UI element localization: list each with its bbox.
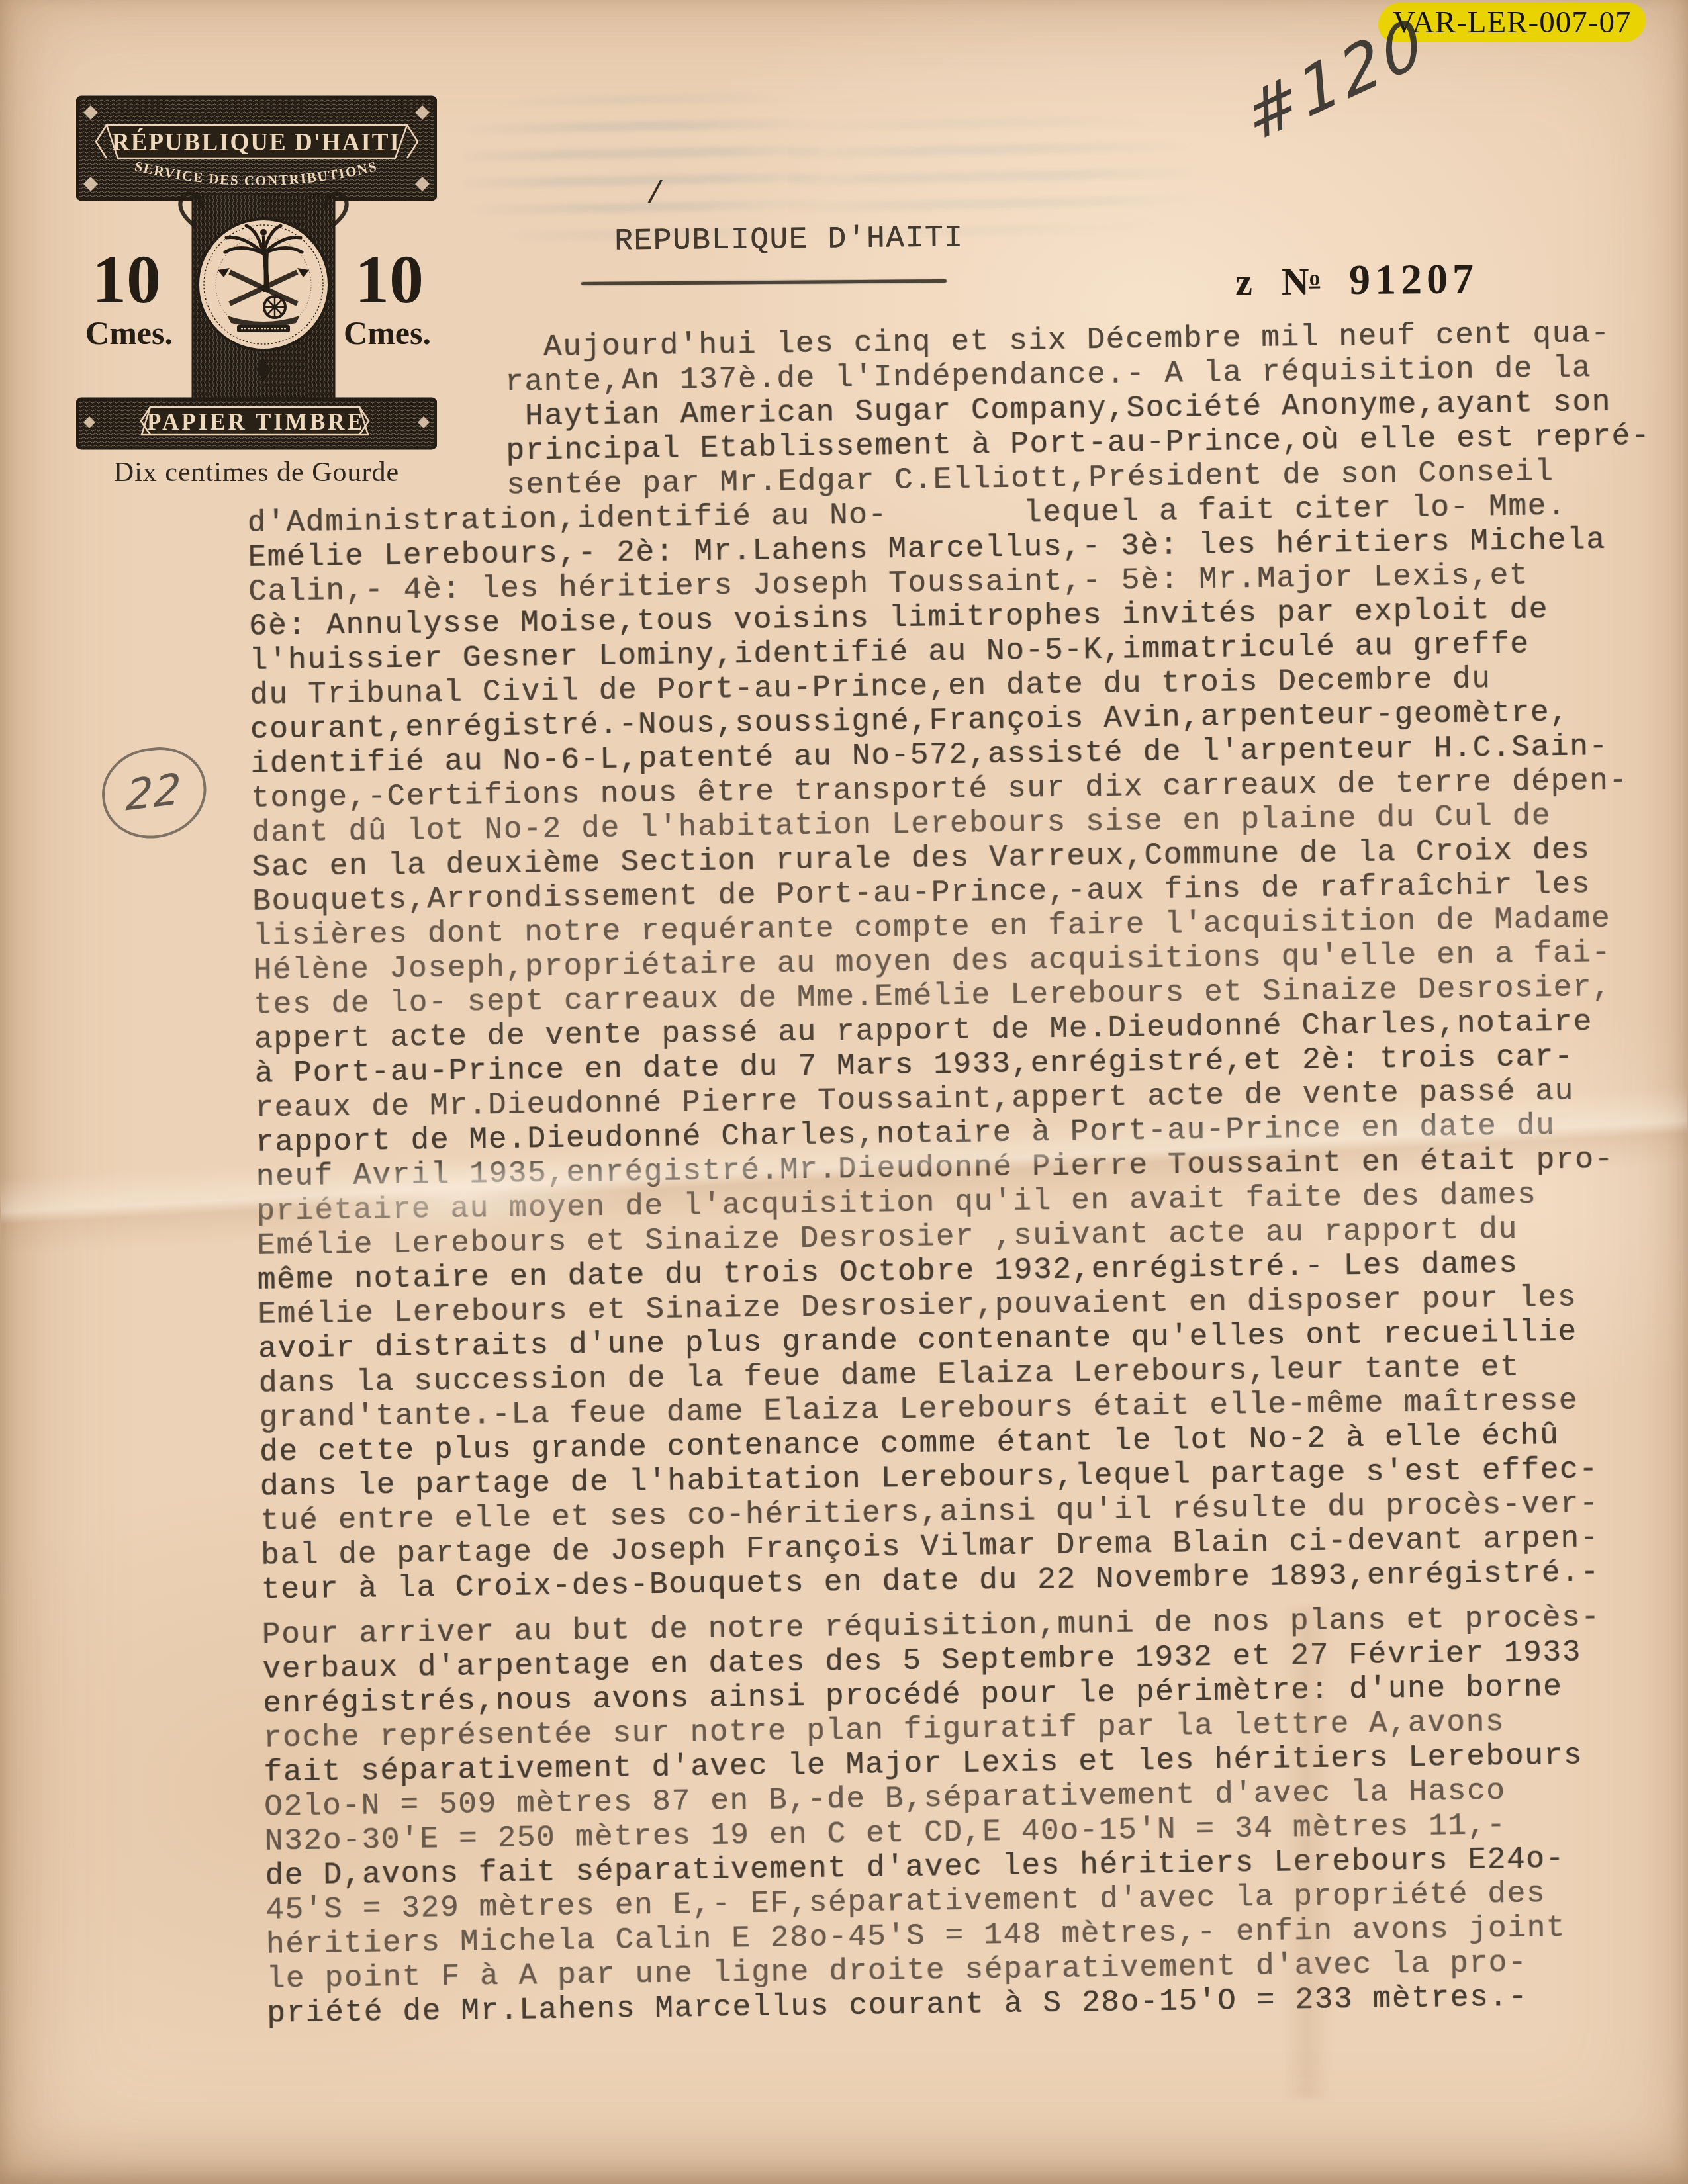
scanned-document-page: VAR-LER-007-07 #120 RÉPUBLIQUE D'HAITI (0, 0, 1688, 2184)
pencil-number-label: 22 (125, 764, 184, 821)
stamp-country-name: RÉPUBLIQUE D'HAITI (112, 128, 400, 156)
document-body-text: Aujourd'hui les cinq et six Décembre mil… (245, 316, 1688, 2031)
stray-typed-mark: / (646, 177, 665, 212)
handwritten-number: #120 (1239, 2, 1434, 158)
archive-reference-label: VAR-LER-007-07 (1393, 5, 1631, 40)
serial-number-value: 91207 (1349, 254, 1479, 304)
stamp-top-bar: RÉPUBLIQUE D'HAITI SERVICE DES CONTRIBUT… (77, 97, 436, 199)
document-serial-number: z No 91207 (1235, 254, 1479, 305)
pencil-circled-number: 22 (97, 742, 211, 844)
letterhead-underline (581, 279, 947, 285)
letterhead-title: REPUBLIQUE D'HAITI (614, 220, 964, 258)
stamp-value-right: 10 (355, 242, 424, 318)
serial-number-label: No (1281, 259, 1320, 304)
serial-series-letter: z (1235, 259, 1252, 304)
stamp-value-left: 10 (92, 242, 161, 318)
stamp-unit-left: Cmes. (85, 314, 173, 351)
